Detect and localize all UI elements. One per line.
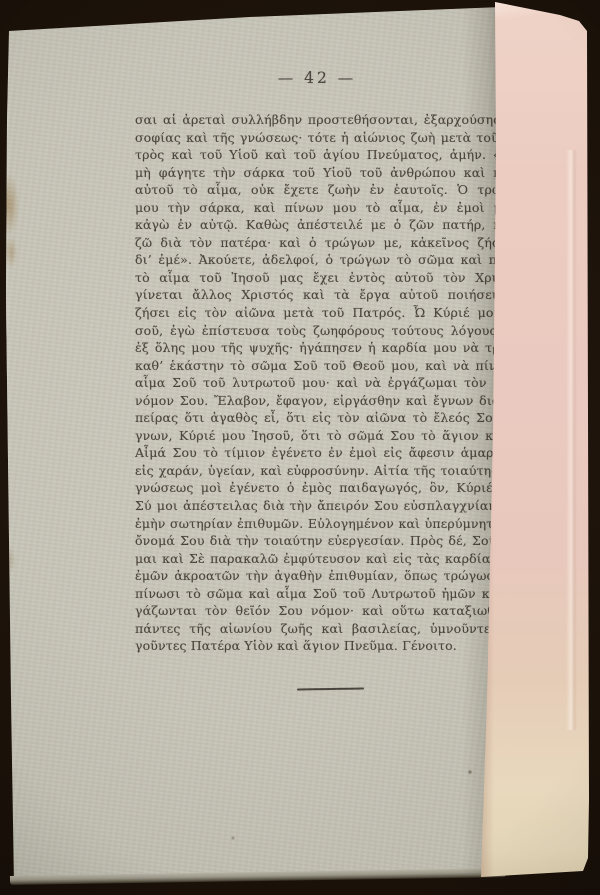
text-line: μου τὴν σάρκα, καὶ πίνων μου τὸ αἷμα, ἐν… [135, 199, 528, 217]
text-line: τὸ αἷμα τοῦ Ἰησοῦ μας ἔχει ἐντὸς αὐτοῦ τ… [135, 269, 528, 287]
text-line: γνώσεως μοὶ ἐγένετο ὁ ἐμὸς παιδαγωγός, ὃ… [135, 479, 528, 497]
text-line: αἷμα Σοῦ τοῦ λυτρωτοῦ μου· καὶ νὰ ἐργάζω… [135, 374, 528, 392]
text-line: μὴ φάγητε τὴν σάρκα τοῦ Υἱοῦ τοῦ ἀνθρώπο… [135, 164, 528, 182]
text-line: κἀγὼ ἐν αὐτῷ. Καθὼς ἀπέστειλέ με ὁ ζῶν π… [135, 216, 528, 234]
text-line: ἐμὴν σωτηρίαν ἐπιθυμῶν. Εὐλογημένον καὶ … [135, 515, 528, 533]
text-line: πάντες τῆς αἰωνίου ζωῆς καὶ βασιλείας, ὑ… [135, 620, 528, 638]
text-line: μαι καὶ Σὲ παρακαλῶ ἐμφύτευσον καὶ εἰς τ… [135, 550, 528, 568]
text-line: αὐτοῦ τὸ αἷμα, οὐκ ἔχετε ζωὴν ἐν ἑαυτοῖς… [135, 181, 528, 199]
divider-rule [297, 688, 364, 691]
text-line: σαι αἱ ἀρεταὶ συλλήβδην προστεθήσονται, … [135, 111, 528, 129]
text-line: τρὸς καὶ τοῦ Υἱοῦ καὶ τοῦ ἁγίου Πνεύματο… [135, 146, 528, 164]
text-line: γάζωνται τὸν θεῖόν Σου νόμον· καὶ οὕτω κ… [135, 602, 528, 620]
text-line: σοῦ, ἐγὼ ἐπίστευσα τοὺς ζωηφόρους τούτου… [135, 322, 528, 340]
text-line: εἰς χαράν, ὑγείαν, καὶ εὐφροσύνην. Αἰτία… [135, 462, 528, 480]
text-line: Σύ μοι ἀπέστειλας διὰ τὴν ἄπειρόν Σου εὐ… [135, 497, 528, 515]
page-number: — 42 — [121, 69, 513, 87]
text-line: νόμον Σου. Ἔλαβον, ἔφαγον, εἰργάσθην καὶ… [135, 392, 528, 410]
text-line: ζήσει εἰς τὸν αἰῶνα μετὰ τοῦ Πατρός. Ὦ Κ… [135, 304, 528, 322]
text-line: δι’ ἐμέ». Ἀκούετε, ἀδελφοί, ὁ τρώγων τὸ … [135, 251, 528, 269]
text-line: ἐμῶν ἀκροατῶν τὴν ἀγαθὴν ἐπιθυμίαν, ὅπως… [135, 567, 528, 585]
text-line: ζῶ διὰ τὸν πατέρα· καὶ ὁ τρώγων με, κἀκε… [135, 234, 528, 252]
text-line: καθ’ ἑκάστην τὸ σῶμα Σοῦ τοῦ Θεοῦ μου, κ… [135, 357, 528, 375]
text-line: Αἷμά Σου τὸ τίμιον ἐγένετο ἐν ἐμοὶ εἰς ἄ… [135, 444, 528, 462]
photo-scene: — 42 — σαι αἱ ἀρεταὶ συλλήβδην προστεθήσ… [0, 0, 600, 895]
text-line: σοφίας καὶ τῆς γνώσεως· τότε ἡ αἰώνιος ζ… [135, 129, 528, 147]
insert-fold-highlight [566, 150, 577, 730]
text-line: γίνεται ἄλλος Χριστός καὶ τὰ ἔργα αὐτοῦ … [135, 286, 528, 304]
text-line: πείρας ὅτι ἀγαθὸς εἶ, ὅτι εἰς τὸν αἰῶνα … [135, 409, 528, 427]
text-line: πίνωσι τὸ σῶμα καὶ αἷμα Σοῦ τοῦ Λυτρωτοῦ… [135, 585, 528, 603]
insert-top-highlight [492, 0, 592, 34]
greek-text-block: σαι αἱ ἀρεταὶ συλλήβδην προστεθήσονται, … [135, 111, 528, 655]
text-line: ἐξ ὅλης μου τῆς ψυχῆς· ἠγάπησεν ἡ καρδία… [135, 339, 528, 357]
text-line: γοῦντες Πατέρα Υἱὸν καὶ ἅγιον Πνεῦμα. Γέ… [135, 637, 528, 655]
text-line: ὄνομά Σου διὰ τὴν τοιαύτην εὐεργεσίαν. Π… [135, 532, 528, 550]
text-line: γνων, Κύριέ μου Ἰησοῦ, ὅτι τὸ σῶμά Σου τ… [135, 427, 528, 445]
